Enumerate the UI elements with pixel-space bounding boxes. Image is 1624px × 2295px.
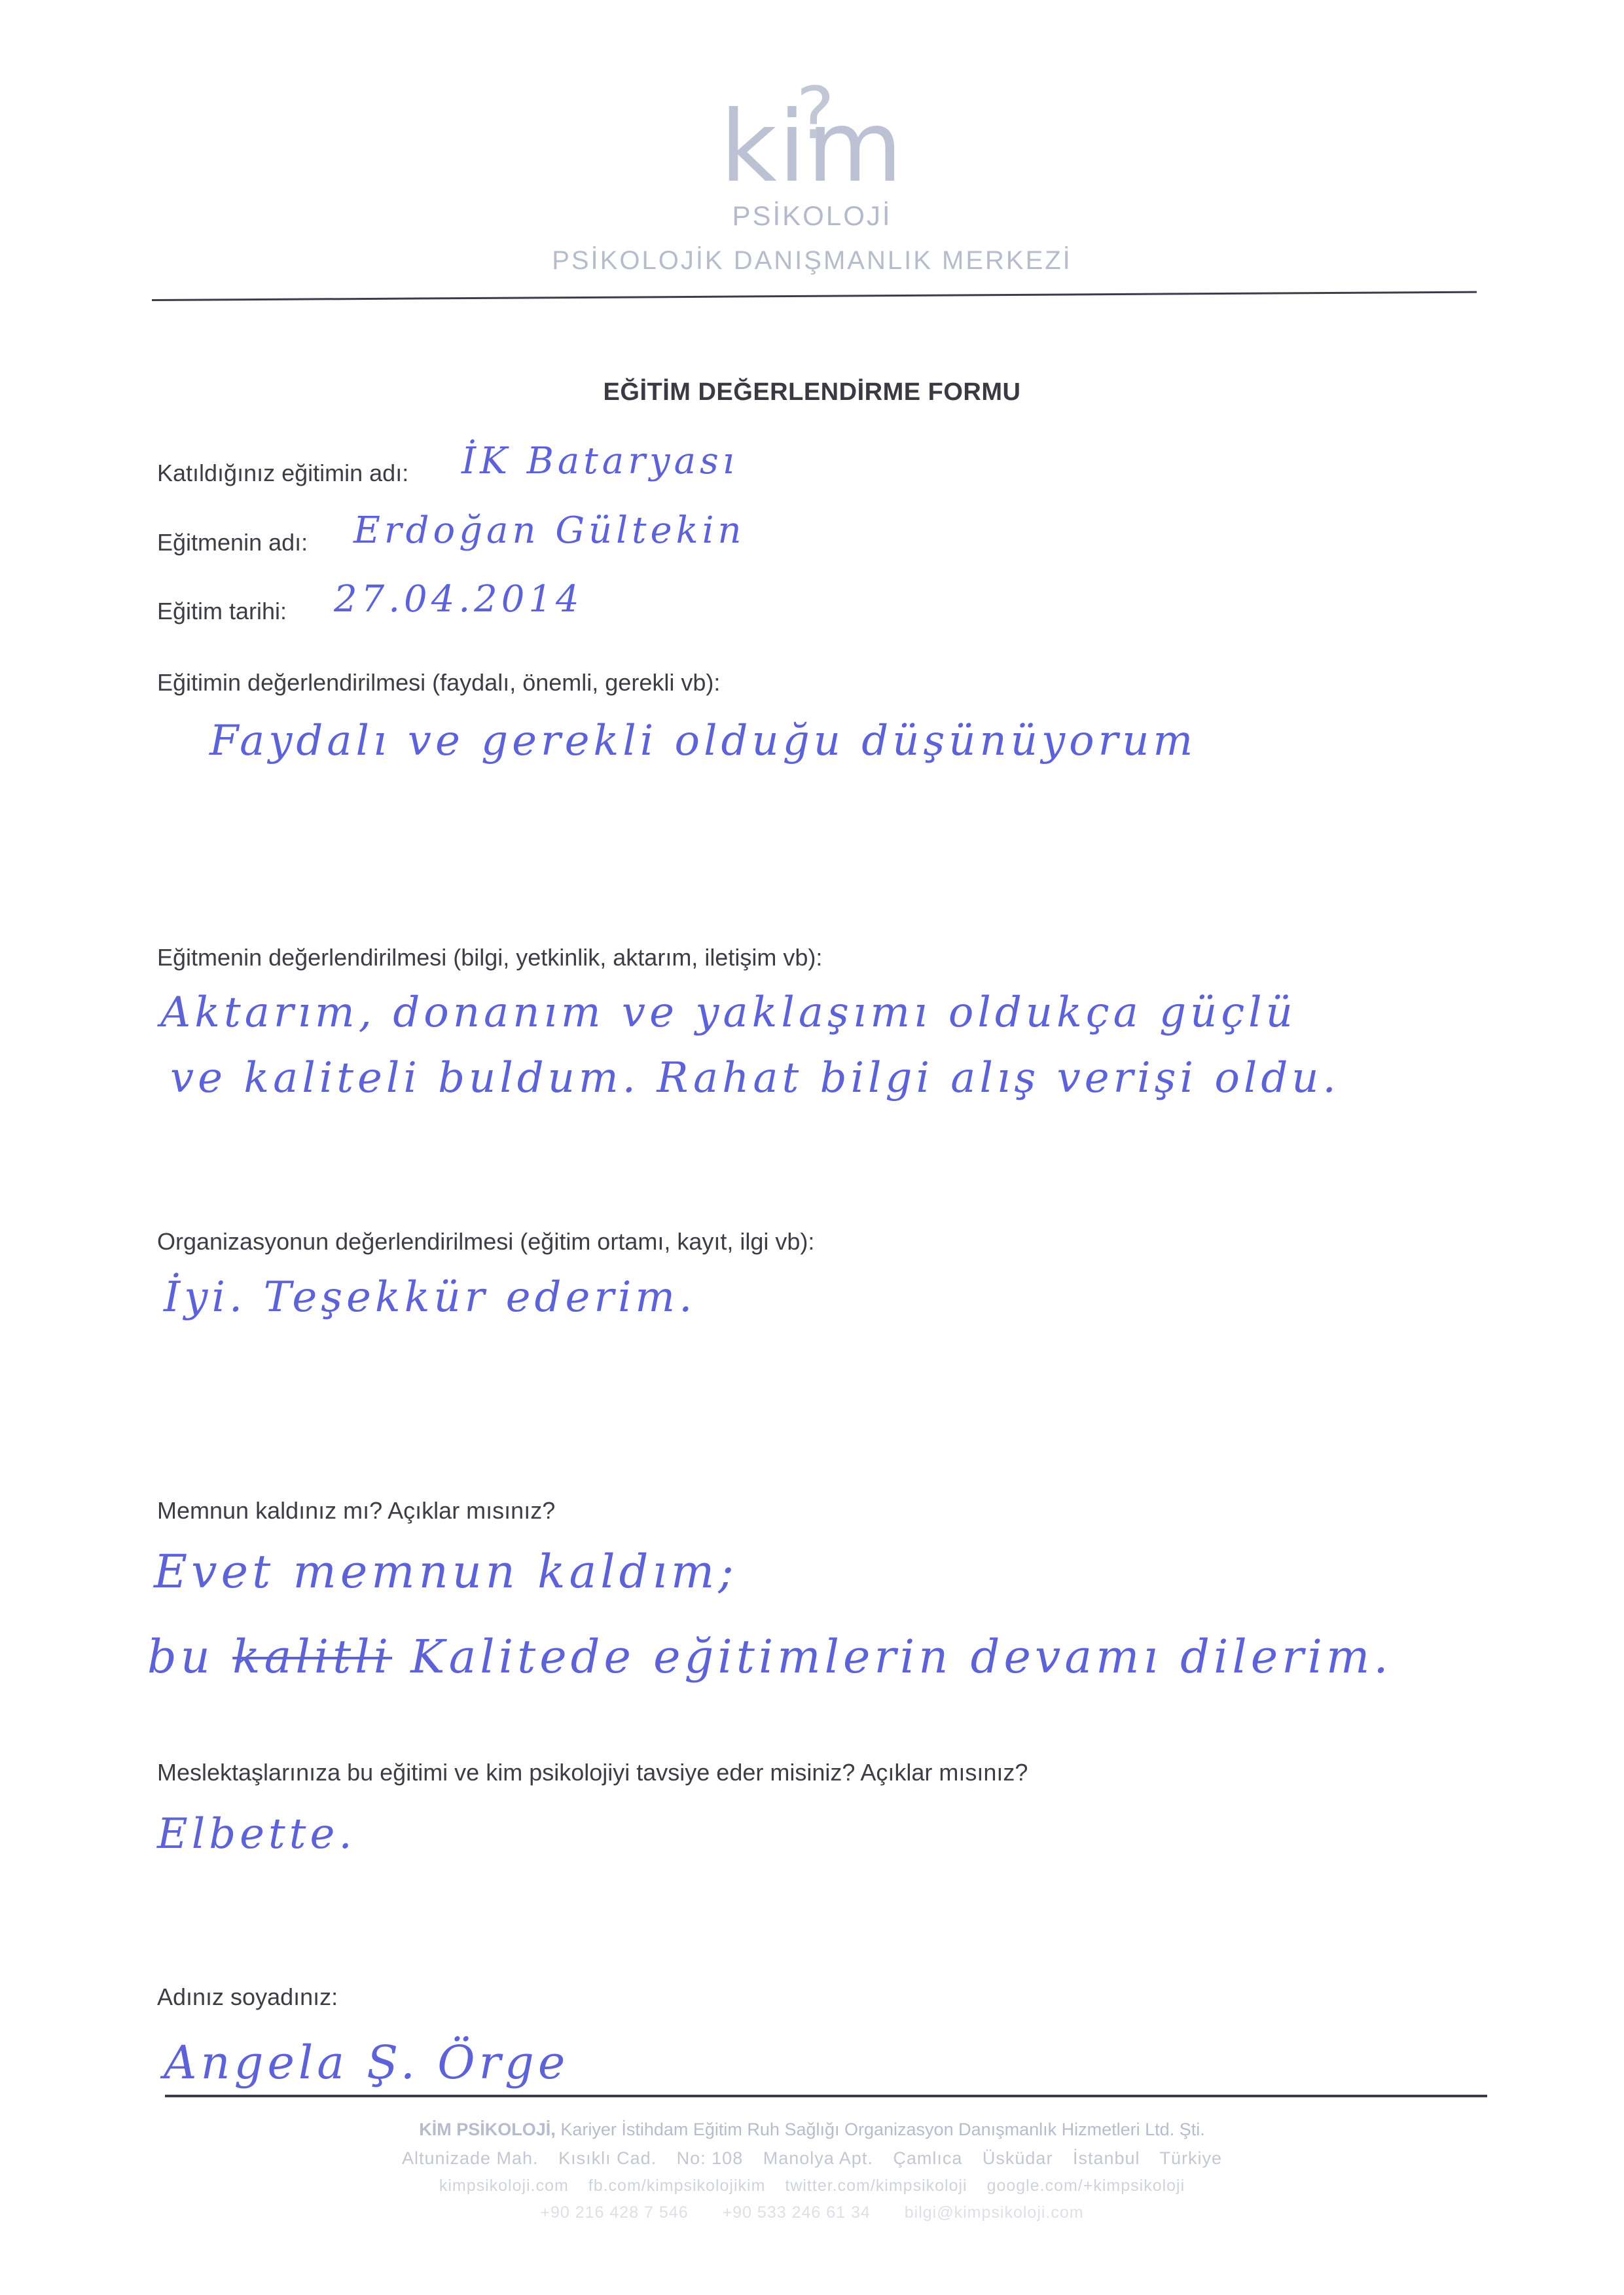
trainer-name-label: Eğitmenin adı: [157,529,308,556]
facebook-link[interactable]: fb.com/kimpsikolojikim [588,2177,766,2195]
google-link[interactable]: google.com/+kimpsikoloji [987,2177,1185,2195]
address-part: Üsküdar [983,2148,1053,2168]
footer-divider [165,2095,1487,2097]
address-part: Kısıklı Cad. [558,2148,657,2168]
footer-links: kimpsikoloji.com fb.com/kimpsikolojikim … [0,2177,1624,2196]
answer-trainer-evaluation-line1[interactable]: Aktarım, donanım ve yaklaşımı oldukça gü… [160,988,1297,1037]
logo-subtitle: PSİKOLOJİ [0,200,1624,232]
question-organization-evaluation: Organizasyonun değerlendirilmesi (eğitim… [157,1228,814,1256]
address-part: Manolya Apt. [763,2148,873,2168]
answer-rest: Kalitede eğitimlerin devamı dilerim. [410,1630,1392,1684]
name-signature[interactable]: Angela Ş. Örge [164,2036,569,2089]
question-mark-icon: ? [796,64,835,162]
footer-company: KİM PSİKOLOJİ, Kariyer İstihdam Eğitim R… [0,2120,1624,2140]
address-part: Türkiye [1160,2148,1223,2168]
form-title: EĞİTİM DEĞERLENDİRME FORMU [0,378,1624,407]
answer-satisfaction-line1[interactable]: Evet memnun kaldım; [154,1545,738,1599]
website-link[interactable]: kimpsikoloji.com [439,2177,569,2195]
address-part: No: 108 [677,2148,744,2168]
answer-training-evaluation[interactable]: Faydalı ve gerekli olduğu düşünüyorum [209,717,1197,765]
answer-word: bu [147,1630,214,1684]
answer-recommendation[interactable]: Elbette. [157,1810,356,1858]
phone-1: +90 216 428 7 546 [540,2203,688,2222]
twitter-link[interactable]: twitter.com/kimpsikoloji [785,2177,967,2195]
name-label: Adınız soyadınız: [157,1983,338,2011]
training-date-label: Eğitim tarihi: [157,598,287,625]
question-trainer-evaluation: Eğitmenin değerlendirilmesi (bilgi, yetk… [157,944,822,971]
footer-address: Altunizade Mah. Kısıklı Cad. No: 108 Man… [0,2148,1624,2169]
answer-organization-evaluation[interactable]: İyi. Teşekkür ederim. [164,1273,696,1322]
header-divider [152,291,1477,301]
footer-contacts: +90 216 428 7 546 +90 533 246 61 34 bilg… [0,2203,1624,2222]
footer-company-desc: Kariyer İstihdam Eğitim Ruh Sağlığı Orga… [560,2120,1204,2139]
company-logo: kim ? PSİKOLOJİ PSİKOLOJİK DANIŞMANLIK M… [0,98,1624,276]
question-satisfaction: Memnun kaldınız mı? Açıklar mısınız? [157,1497,555,1525]
address-part: İstanbul [1073,2148,1140,2168]
email-link[interactable]: bilgi@kimpsikoloji.com [905,2203,1084,2222]
training-date-value[interactable]: 27.04.2014 [334,578,583,621]
footer-company-name: KİM PSİKOLOJİ, [419,2120,556,2139]
question-recommendation: Meslektaşlarınıza bu eğitimi ve kim psik… [157,1759,1028,1786]
answer-satisfaction-line2[interactable]: bu kalitli Kalitede eğitimlerin devamı d… [147,1630,1392,1684]
struck-out-word: kalitli [232,1630,392,1684]
logo-mark: kim ? [720,98,904,196]
address-part: Altunizade Mah. [402,2148,539,2168]
training-name-value[interactable]: İK Bataryası [461,440,738,482]
address-part: Çamlıca [893,2148,962,2168]
question-training-evaluation: Eğitimin değerlendirilmesi (faydalı, öne… [157,669,720,696]
center-name: PSİKOLOJİK DANIŞMANLIK MERKEZİ [0,246,1624,276]
answer-trainer-evaluation-line2[interactable]: ve kaliteli buldum. Rahat bilgi alış ver… [170,1054,1340,1102]
training-name-label: Katıldığınız eğitimin adı: [157,460,408,487]
phone-2: +90 533 246 61 34 [723,2203,871,2222]
trainer-name-value[interactable]: Erdoğan Gültekin [353,509,746,552]
